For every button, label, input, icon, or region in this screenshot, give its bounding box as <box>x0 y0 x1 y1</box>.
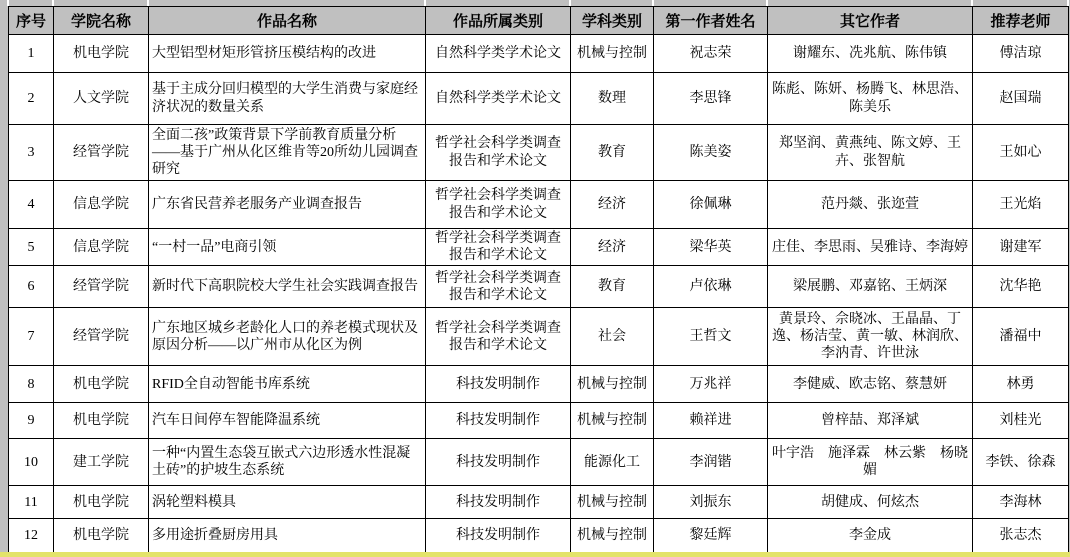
cell-title: 新时代下高职院校大学生社会实践调查报告 <box>149 266 426 308</box>
cell-index: 2 <box>9 73 54 125</box>
cell-college: 建工学院 <box>54 439 149 486</box>
cell-first-author: 祝志荣 <box>654 35 768 73</box>
cell-other-authors: 范丹燚、张迩萱 <box>768 181 973 229</box>
cell-first-author: 梁华英 <box>654 229 768 266</box>
cell-first-author: 卢依琳 <box>654 266 768 308</box>
cell-college: 机电学院 <box>54 486 149 519</box>
table-row: 5信息学院“一村一品”电商引领哲学社会科学类调查报告和学术论文经济梁华英庄佳、李… <box>9 229 1069 266</box>
bottom-highlight-line <box>0 552 1070 557</box>
cell-subject: 机械与控制 <box>571 403 654 439</box>
cell-subject: 教育 <box>571 125 654 181</box>
column-header-college: 学院名称 <box>54 7 149 35</box>
cell-category: 科技发明制作 <box>426 439 571 486</box>
cell-advisor: 赵国瑞 <box>973 73 1069 125</box>
cell-subject: 能源化工 <box>571 439 654 486</box>
column-header-first-author: 第一作者姓名 <box>654 7 768 35</box>
cell-advisor: 林勇 <box>973 366 1069 403</box>
cell-first-author: 黎廷辉 <box>654 519 768 553</box>
cell-advisor: 沈华艳 <box>973 266 1069 308</box>
table-row: 12机电学院多用途折叠厨房用具科技发明制作机械与控制黎廷辉李金成张志杰 <box>9 519 1069 553</box>
cell-advisor: 张志杰 <box>973 519 1069 553</box>
cell-category: 哲学社会科学类调查报告和学术论文 <box>426 266 571 308</box>
cell-other-authors: 黄景玲、佘晓冰、王晶晶、丁逸、杨洁莹、黄一敏、林润欣、李汭青、许世泳 <box>768 308 973 366</box>
cell-first-author: 陈美姿 <box>654 125 768 181</box>
cell-first-author: 刘振东 <box>654 486 768 519</box>
cell-subject: 机械与控制 <box>571 486 654 519</box>
cell-other-authors: 胡健成、何炫杰 <box>768 486 973 519</box>
cell-first-author: 李润锴 <box>654 439 768 486</box>
cell-category: 科技发明制作 <box>426 366 571 403</box>
cell-other-authors: 谢耀东、冼兆航、陈伟镇 <box>768 35 973 73</box>
cell-category: 哲学社会科学类调查报告和学术论文 <box>426 125 571 181</box>
cell-subject: 机械与控制 <box>571 366 654 403</box>
cell-college: 人文学院 <box>54 73 149 125</box>
gridline-tick <box>971 0 973 6</box>
cell-index: 4 <box>9 181 54 229</box>
cell-index: 1 <box>9 35 54 73</box>
cell-other-authors: 李健威、欧志铭、蔡慧妍 <box>768 366 973 403</box>
table-row: 2人文学院基于主成分回归模型的大学生消费与家庭经济状况的数量关系自然科学类学术论… <box>9 73 1069 125</box>
gridline-tick <box>1067 0 1069 6</box>
cell-title: 涡轮塑料模具 <box>149 486 426 519</box>
cell-subject: 教育 <box>571 266 654 308</box>
cell-index: 5 <box>9 229 54 266</box>
cell-first-author: 赖祥进 <box>654 403 768 439</box>
cell-subject: 经济 <box>571 181 654 229</box>
cell-other-authors: 李金成 <box>768 519 973 553</box>
table-row: 3经管学院全面二孩”政策背景下学前教育质量分析——基于广州从化区维肯等20所幼儿… <box>9 125 1069 181</box>
cell-title: 一种“内置生态袋互嵌式六边形透水性混凝土砖”的护坡生态系统 <box>149 439 426 486</box>
cell-college: 机电学院 <box>54 403 149 439</box>
table-row: 6经管学院新时代下高职院校大学生社会实践调查报告哲学社会科学类调查报告和学术论文… <box>9 266 1069 308</box>
cell-category: 哲学社会科学类调查报告和学术论文 <box>426 229 571 266</box>
cell-index: 7 <box>9 308 54 366</box>
cell-advisor: 李铁、徐森 <box>973 439 1069 486</box>
spreadsheet-page: { "colors": { "header_bg": "#c0c0c0", "p… <box>0 0 1070 557</box>
table-row: 10建工学院一种“内置生态袋互嵌式六边形透水性混凝土砖”的护坡生态系统科技发明制… <box>9 439 1069 486</box>
table-row: 11机电学院涡轮塑料模具科技发明制作机械与控制刘振东胡健成、何炫杰李海林 <box>9 486 1069 519</box>
cell-college: 信息学院 <box>54 181 149 229</box>
table-row: 9机电学院汽车日间停车智能降温系统科技发明制作机械与控制赖祥进曾梓喆、郑泽斌刘桂… <box>9 403 1069 439</box>
cell-category: 科技发明制作 <box>426 403 571 439</box>
cell-advisor: 谢建军 <box>973 229 1069 266</box>
table-row: 4信息学院广东省民营养老服务产业调查报告哲学社会科学类调查报告和学术论文经济徐佩… <box>9 181 1069 229</box>
header-row: 序号 学院名称 作品名称 作品所属类别 学科类别 第一作者姓名 其它作者 推荐老… <box>9 7 1069 35</box>
cell-advisor: 王如心 <box>973 125 1069 181</box>
cell-title: 广东省民营养老服务产业调查报告 <box>149 181 426 229</box>
cell-title: 广东地区城乡老龄化人口的养老模式现状及原因分析——以广州市从化区为例 <box>149 308 426 366</box>
cell-subject: 经济 <box>571 229 654 266</box>
cell-index: 9 <box>9 403 54 439</box>
cell-college: 机电学院 <box>54 35 149 73</box>
table-row: 7经管学院广东地区城乡老龄化人口的养老模式现状及原因分析——以广州市从化区为例哲… <box>9 308 1069 366</box>
cell-first-author: 李思锋 <box>654 73 768 125</box>
cell-category: 哲学社会科学类调查报告和学术论文 <box>426 181 571 229</box>
cell-subject: 机械与控制 <box>571 35 654 73</box>
cell-first-author: 万兆祥 <box>654 366 768 403</box>
cell-index: 10 <box>9 439 54 486</box>
column-header-other-authors: 其它作者 <box>768 7 973 35</box>
cell-category: 自然科学类学术论文 <box>426 73 571 125</box>
cell-title: 大型铝型材矩形管挤压模结构的改进 <box>149 35 426 73</box>
column-header-advisor: 推荐老师 <box>973 7 1069 35</box>
cell-title: 基于主成分回归模型的大学生消费与家庭经济状况的数量关系 <box>149 73 426 125</box>
cell-index: 6 <box>9 266 54 308</box>
cell-advisor: 傅洁琼 <box>973 35 1069 73</box>
table-body: 1机电学院大型铝型材矩形管挤压模结构的改进自然科学类学术论文机械与控制祝志荣谢耀… <box>9 35 1069 553</box>
gridline-tick <box>7 0 9 6</box>
cell-category: 科技发明制作 <box>426 519 571 553</box>
cell-title: RFID全自动智能书库系统 <box>149 366 426 403</box>
cell-advisor: 潘福中 <box>973 308 1069 366</box>
cell-other-authors: 曾梓喆、郑泽斌 <box>768 403 973 439</box>
gridline-tick <box>569 0 571 6</box>
cell-index: 11 <box>9 486 54 519</box>
table-row: 1机电学院大型铝型材矩形管挤压模结构的改进自然科学类学术论文机械与控制祝志荣谢耀… <box>9 35 1069 73</box>
gridline-tick <box>424 0 426 6</box>
column-header-index: 序号 <box>9 7 54 35</box>
cell-other-authors: 梁展鹏、邓嘉铭、王炳深 <box>768 266 973 308</box>
cell-subject: 社会 <box>571 308 654 366</box>
cell-college: 信息学院 <box>54 229 149 266</box>
cell-other-authors: 叶宇浩 施泽霖 林云紫 杨晓媚 <box>768 439 973 486</box>
cell-subject: 机械与控制 <box>571 519 654 553</box>
awards-table: 序号 学院名称 作品名称 作品所属类别 学科类别 第一作者姓名 其它作者 推荐老… <box>8 6 1069 554</box>
awards-table-wrap: 序号 学院名称 作品名称 作品所属类别 学科类别 第一作者姓名 其它作者 推荐老… <box>8 6 1069 554</box>
cell-title: “一村一品”电商引领 <box>149 229 426 266</box>
gridline-tick <box>147 0 149 6</box>
cell-advisor: 李海林 <box>973 486 1069 519</box>
cell-title: 全面二孩”政策背景下学前教育质量分析——基于广州从化区维肯等20所幼儿园调查研究 <box>149 125 426 181</box>
table-header: 序号 学院名称 作品名称 作品所属类别 学科类别 第一作者姓名 其它作者 推荐老… <box>9 7 1069 35</box>
cell-subject: 数理 <box>571 73 654 125</box>
column-header-title: 作品名称 <box>149 7 426 35</box>
cell-other-authors: 郑坚润、黄燕纯、陈文婷、王卉、张智航 <box>768 125 973 181</box>
cell-first-author: 王哲文 <box>654 308 768 366</box>
cell-college: 经管学院 <box>54 266 149 308</box>
cell-index: 3 <box>9 125 54 181</box>
cell-category: 哲学社会科学类调查报告和学术论文 <box>426 308 571 366</box>
cell-college: 机电学院 <box>54 519 149 553</box>
cell-category: 科技发明制作 <box>426 486 571 519</box>
gridline-tick <box>766 0 768 6</box>
cell-advisor: 王光焰 <box>973 181 1069 229</box>
table-row: 8机电学院RFID全自动智能书库系统科技发明制作机械与控制万兆祥李健威、欧志铭、… <box>9 366 1069 403</box>
cell-advisor: 刘桂光 <box>973 403 1069 439</box>
cell-college: 经管学院 <box>54 125 149 181</box>
cell-title: 汽车日间停车智能降温系统 <box>149 403 426 439</box>
gridline-tick <box>652 0 654 6</box>
cell-college: 经管学院 <box>54 308 149 366</box>
column-header-category: 作品所属类别 <box>426 7 571 35</box>
column-header-subject: 学科类别 <box>571 7 654 35</box>
cell-college: 机电学院 <box>54 366 149 403</box>
cell-index: 12 <box>9 519 54 553</box>
cell-other-authors: 庄佳、李思雨、吴雅诗、李海婷 <box>768 229 973 266</box>
cell-first-author: 徐佩琳 <box>654 181 768 229</box>
cell-index: 8 <box>9 366 54 403</box>
cell-other-authors: 陈彪、陈妍、杨腾飞、林思浩、陈美乐 <box>768 73 973 125</box>
cell-category: 自然科学类学术论文 <box>426 35 571 73</box>
gridline-tick <box>52 0 54 6</box>
cell-title: 多用途折叠厨房用具 <box>149 519 426 553</box>
